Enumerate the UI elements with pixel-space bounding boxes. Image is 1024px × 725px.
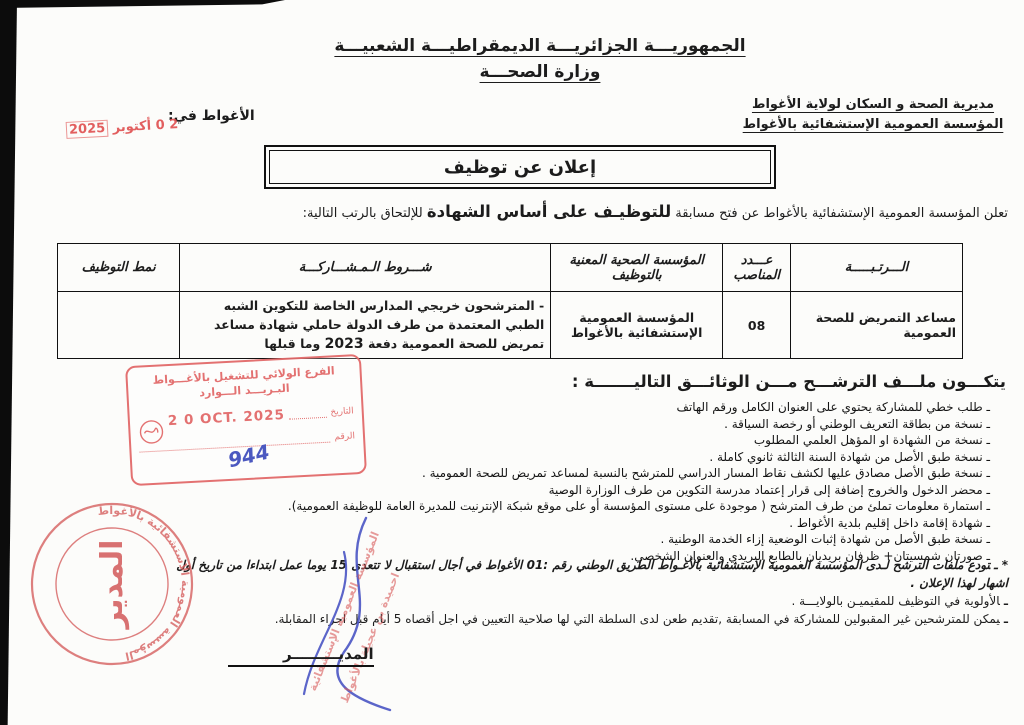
- employment-agency-logo-icon: [138, 418, 165, 445]
- intro-after: للإلتحاق بالرتب التالية:: [303, 206, 427, 221]
- institution-header: مديرية الصحة و السكان لولاية الأغواط الم…: [728, 95, 1018, 135]
- cell-conditions: - المترشحون خريجي المدارس الخاصة للتكوين…: [180, 292, 551, 359]
- list-item: ـ محضر الدخول والخروج إضافة إلى قرار إعت…: [230, 482, 990, 499]
- note-marker: ـ: [1004, 594, 1008, 608]
- cell-institution: المؤسسة العمومية الإستشفائية بالأغواط: [551, 292, 723, 359]
- note-text: الأولوية في التوظيف للمقيميـن بالولايـــ…: [791, 594, 999, 608]
- scanned-job-announcement: الجمهوريـــة الجزائريـــة الديمقراطيـــة…: [0, 0, 1024, 725]
- institution-line: المؤسسة العمومية الإستشفائية بالأغواط: [728, 115, 1018, 135]
- red-date-stamp: 2 0 أكتوبر 2025: [66, 117, 179, 138]
- scan-edge-top: [0, 0, 285, 8]
- list-item: ـ نسخة طبق الأصل من شهادة السنة الثالثة …: [230, 449, 990, 466]
- cell-mode: [58, 292, 180, 359]
- ministry-title: وزارة الصحـــة: [300, 62, 780, 82]
- stamp-month: أكتوبر: [112, 118, 151, 135]
- intro-paragraph: تعلن المؤسسة العمومية الإستشفائية بالأغو…: [108, 202, 1008, 224]
- table-header-row: الـــرتـبـــــة عـــدد المناصب المؤسسة ا…: [58, 244, 963, 292]
- announcement-title-box: إعلان عن توظيف: [264, 145, 776, 189]
- header-institution: المؤسسة الصحية المعنية بالتوظيف: [551, 244, 723, 292]
- table-row: مساعد التمريض للصحة العمومية 08 المؤسسة …: [58, 292, 963, 359]
- cell-positions: 08: [723, 292, 791, 359]
- director-round-stamp: المؤسسة العمومية الاستشفائية بالأغواط ال…: [4, 476, 221, 693]
- note-marker: ـ: [1004, 612, 1008, 626]
- place-date-label: الأغواط في:: [168, 108, 255, 124]
- cell-rank: مساعد التمريض للصحة العمومية: [791, 292, 963, 359]
- note-marker: * ـ: [994, 558, 1008, 572]
- intro-before: تعلن المؤسسة العمومية الإستشفائية بالأغو…: [671, 206, 1008, 221]
- recruitment-table: الـــرتـبـــــة عـــدد المناصب المؤسسة ا…: [57, 243, 963, 359]
- documents-heading: يتكـــون ملـــف الترشـــح مـــن الوثائــ…: [572, 372, 1006, 391]
- header-rank: الـــرتـبـــــة: [791, 244, 963, 292]
- list-item: ـ نسخة طبق الأصل مصادق عليها لكشف نقاط ا…: [230, 465, 990, 482]
- announcement-title-inner-border: إعلان عن توظيف: [269, 150, 771, 184]
- header-mode: نمط التوظيف: [58, 244, 180, 292]
- republic-title: الجمهوريـــة الجزائريـــة الديمقراطيـــة…: [300, 36, 780, 56]
- director-signature-label: المديـــــــــر: [228, 645, 374, 667]
- conditions-year: 2023: [325, 336, 364, 352]
- national-header: الجمهوريـــة الجزائريـــة الديمقراطيـــة…: [300, 36, 780, 82]
- list-item: ـ نسخة من بطاقة التعريف الوطني أو رخصة ا…: [230, 416, 990, 433]
- announcement-title: إعلان عن توظيف: [444, 157, 596, 178]
- conditions-tail: وما قبلها: [264, 336, 324, 351]
- list-item: ـ نسخة من الشهادة او المؤهل العلمي المطل…: [230, 432, 990, 449]
- header-positions: عـــدد المناصب: [723, 244, 791, 292]
- header-conditions: شـــروط الـمـشـــاركـــة: [180, 244, 551, 292]
- stamp-day: 2 0: [155, 117, 178, 133]
- intro-emphasis: للتوظيـف على أساس الشهادة: [427, 202, 671, 221]
- round-stamp-center-text: المدير: [95, 540, 130, 631]
- scan-edge-left: [0, 0, 17, 725]
- stamp-year: 2025: [66, 120, 109, 139]
- list-item: ـ طلب خطي للمشاركة يحتوي على العنوان الك…: [230, 399, 990, 416]
- directorate-line: مديرية الصحة و السكان لولاية الأغواط: [728, 95, 1018, 115]
